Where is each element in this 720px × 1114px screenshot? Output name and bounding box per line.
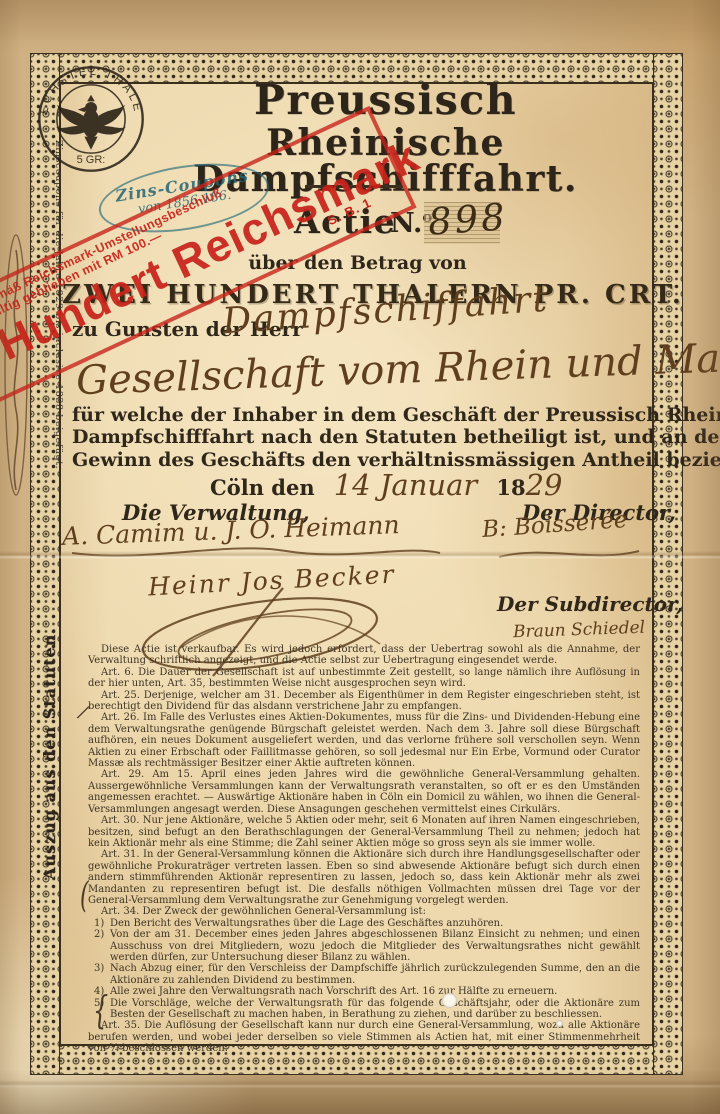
margin-pen-mark: {	[93, 988, 108, 1033]
statute-list-item: 5)Die Vorschläge, welche der Verwaltungs…	[88, 998, 640, 1021]
margin-pen-mark: (	[80, 877, 89, 917]
thaler-tax-seal: SECHSTEL THALER 5 GR:	[36, 64, 146, 174]
statute-paragraph: Art. 25. Derjenige, welcher am 31. Decem…	[88, 690, 640, 713]
fold-crease	[0, 1080, 720, 1088]
statute-list-item: 4)Alle zwei Jahre den Verwaltungsrath na…	[88, 986, 640, 997]
statute-paragraph: Art. 34. Der Zweck der gewöhnlichen Gene…	[88, 906, 640, 917]
statute-paragraph: Art. 29. Am 15. April eines jeden Jahres…	[88, 769, 640, 815]
statute-paragraph: Art. 31. In der General-Versammlung könn…	[88, 849, 640, 906]
statute-list-item: 3)Nach Abzug einer, für den Verschleiss …	[88, 963, 640, 986]
fold-crease	[0, 551, 720, 559]
certificate-number: 898	[427, 195, 509, 243]
statute-paragraph: Art. 6. Die Dauer der Gesellschaft ist a…	[88, 667, 640, 690]
handwritten-date: 14 Januar	[334, 468, 478, 502]
subdirector-label: Der Subdirector,	[497, 592, 683, 616]
statute-paragraph: Diese Actie ist verkaufbar. Es wird jedo…	[88, 644, 640, 667]
date-line: Cöln den 14 Januar 1829	[210, 468, 562, 502]
statute-list-item: 1)Den Bericht des Verwaltungsrathes über…	[88, 918, 640, 929]
seal-denomination: 5 GR:	[77, 154, 106, 166]
punch-hole	[556, 1020, 563, 1027]
year-printed: 18	[496, 475, 525, 500]
ornament-border-right	[653, 53, 683, 1075]
company-title-line1: Preussisch	[90, 80, 681, 121]
body-text-line1: für welche der Inhaber in dem Geschäft d…	[72, 404, 644, 426]
statutes-extract: Diese Actie ist verkaufbar. Es wird jedo…	[88, 644, 640, 1055]
place-label: Cöln den	[210, 475, 315, 500]
statute-paragraph: Art. 26. Im Falle des Verlustes eines Ak…	[88, 712, 640, 769]
statute-paragraph: Art. 30. Nur jene Aktionäre, welche 5 Ak…	[88, 815, 640, 849]
share-certificate-scan: Preussisch Rheinische Dampfschifffahrt. …	[0, 0, 720, 1114]
body-text-line2: Dampfschifffahrt nach den Statuten bethe…	[72, 426, 644, 448]
statute-list-item: 2)Von der am 31. December eines jeden Ja…	[88, 929, 640, 963]
statutes-margin-label: Auszug aus den Statuten.	[40, 864, 59, 880]
handwritten-year: 29	[526, 468, 563, 502]
punch-hole	[442, 993, 457, 1008]
